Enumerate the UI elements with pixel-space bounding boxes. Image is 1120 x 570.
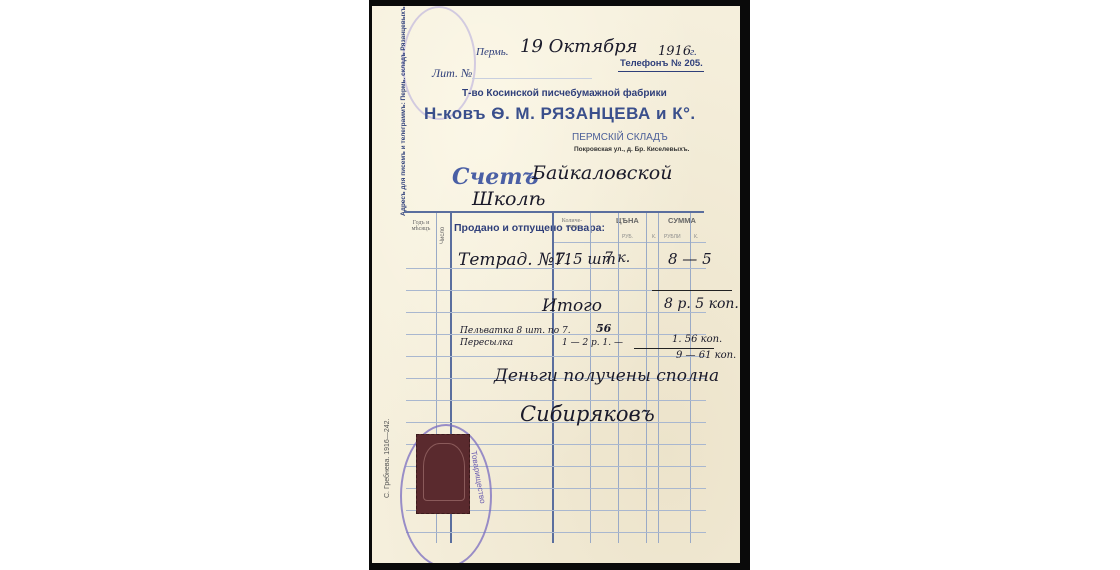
row4-sum: 9 — 61 коп. [676, 350, 736, 361]
row4-price: 1 — 2 р. 1. — [562, 338, 623, 348]
company-line1: Т-во Косинской писчебумажной фабрики [462, 88, 667, 99]
row2-sum: 8 р. 5 коп. [664, 296, 739, 312]
invoice-paper: Адресъ для писемъ и телеграммъ: Пермь. с… [372, 6, 740, 563]
revenue-stamp [416, 434, 470, 514]
total-rule [634, 348, 714, 349]
header-price-kop: К. [652, 234, 656, 240]
header-bottom-rule [552, 242, 706, 243]
ruled-line [406, 356, 706, 357]
header-quantity: Количе-ство [558, 218, 586, 230]
header-day: Число [440, 227, 446, 244]
header-sum-kop: К. [694, 234, 698, 240]
ruled-line [406, 400, 706, 401]
faded-stamp-top [402, 6, 476, 120]
table-top-rule [404, 211, 704, 213]
lit-underline [472, 78, 592, 79]
place-prefix: Пермь. [476, 46, 509, 58]
recipient-line2: Школѣ [472, 188, 545, 210]
header-sum-rub: РУБЛИ [664, 234, 681, 240]
row1-sum: 8 — 5 [668, 250, 712, 268]
year: 1916 [658, 44, 691, 59]
side-address: Адресъ для писемъ и телеграммъ: Пермь. с… [400, 6, 407, 216]
header-price-rub: РУБ. [622, 234, 633, 240]
row3-goods: Пельватка 8 шт. по 7. [460, 326, 571, 336]
phone: Телефонъ № 205. [620, 58, 703, 69]
warehouse: ПЕРМСКIЙ СКЛАДЪ [572, 132, 668, 143]
subtotal-rule [652, 290, 732, 291]
header-year-month: Годъ и мѣсяцъ [406, 220, 436, 232]
printer-imprint: С. Гребнева. 1916—242. [384, 419, 391, 498]
year-suffix: г. [690, 46, 697, 58]
recipient-line1: Байкаловской [532, 162, 672, 184]
signature: Сибиряковъ [520, 402, 655, 426]
lit-label: Лит. № [432, 66, 472, 81]
row3-sum: 1. 56 коп. [672, 334, 722, 345]
row2-goods: Итого [542, 296, 602, 316]
invoice-label: Счетъ [452, 164, 539, 190]
row1-price: 7 к. [604, 250, 630, 266]
payment-note: Деньги получены сполна [494, 366, 719, 386]
header-price: ЦѢНА [616, 216, 639, 225]
company-line2: Н-ковъ Ѳ. М. РЯЗАНЦЕВА и К°. [424, 104, 696, 124]
address: Покровская ул., д. Бр. Киселевыхъ. [574, 146, 689, 153]
row4-goods: Пересылка [460, 338, 513, 348]
revenue-stamp-emblem [423, 443, 465, 501]
date-handwritten: 19 Октября [520, 36, 638, 57]
row3-price: 56 [596, 322, 611, 335]
header-sum: СУММА [668, 216, 696, 225]
phone-underline [618, 71, 704, 72]
